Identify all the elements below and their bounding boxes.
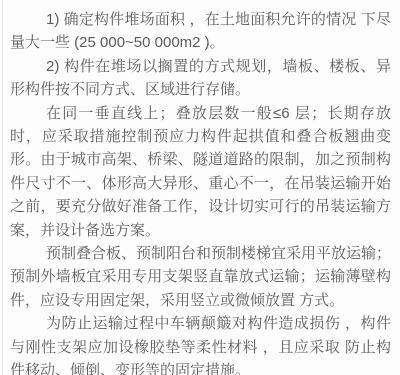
paragraph: 为防止运输过程中车辆颠簸对构件造成损伤 ，构件与刚性支架应加设橡胶垫等柔性材料 … [10,312,391,375]
paragraph: 预制叠合板、预制阳台和预制楼梯宜采用平放运输；预制外墙板宜采用专用支架竖直靠放式… [10,242,391,312]
paragraph: 在同一垂直线上；叠放层数一般≤6 层；长期存放时，应采取措施控制预应力构件起拱值… [10,102,391,242]
document-page: 1) 确定构件堆场面积 ，在土地面积允许的情况 下尽量大一些 (25 000~5… [0,0,400,375]
document-body: 1) 确定构件堆场面积 ，在土地面积允许的情况 下尽量大一些 (25 000~5… [0,0,400,375]
paragraph: 2) 构件在堆场以搁置的方式规划，墙板、楼板、异形构件按不同方式、区域进行存储。 [10,55,391,102]
paragraph: 1) 确定构件堆场面积 ，在土地面积允许的情况 下尽量大一些 (25 000~5… [10,8,391,55]
